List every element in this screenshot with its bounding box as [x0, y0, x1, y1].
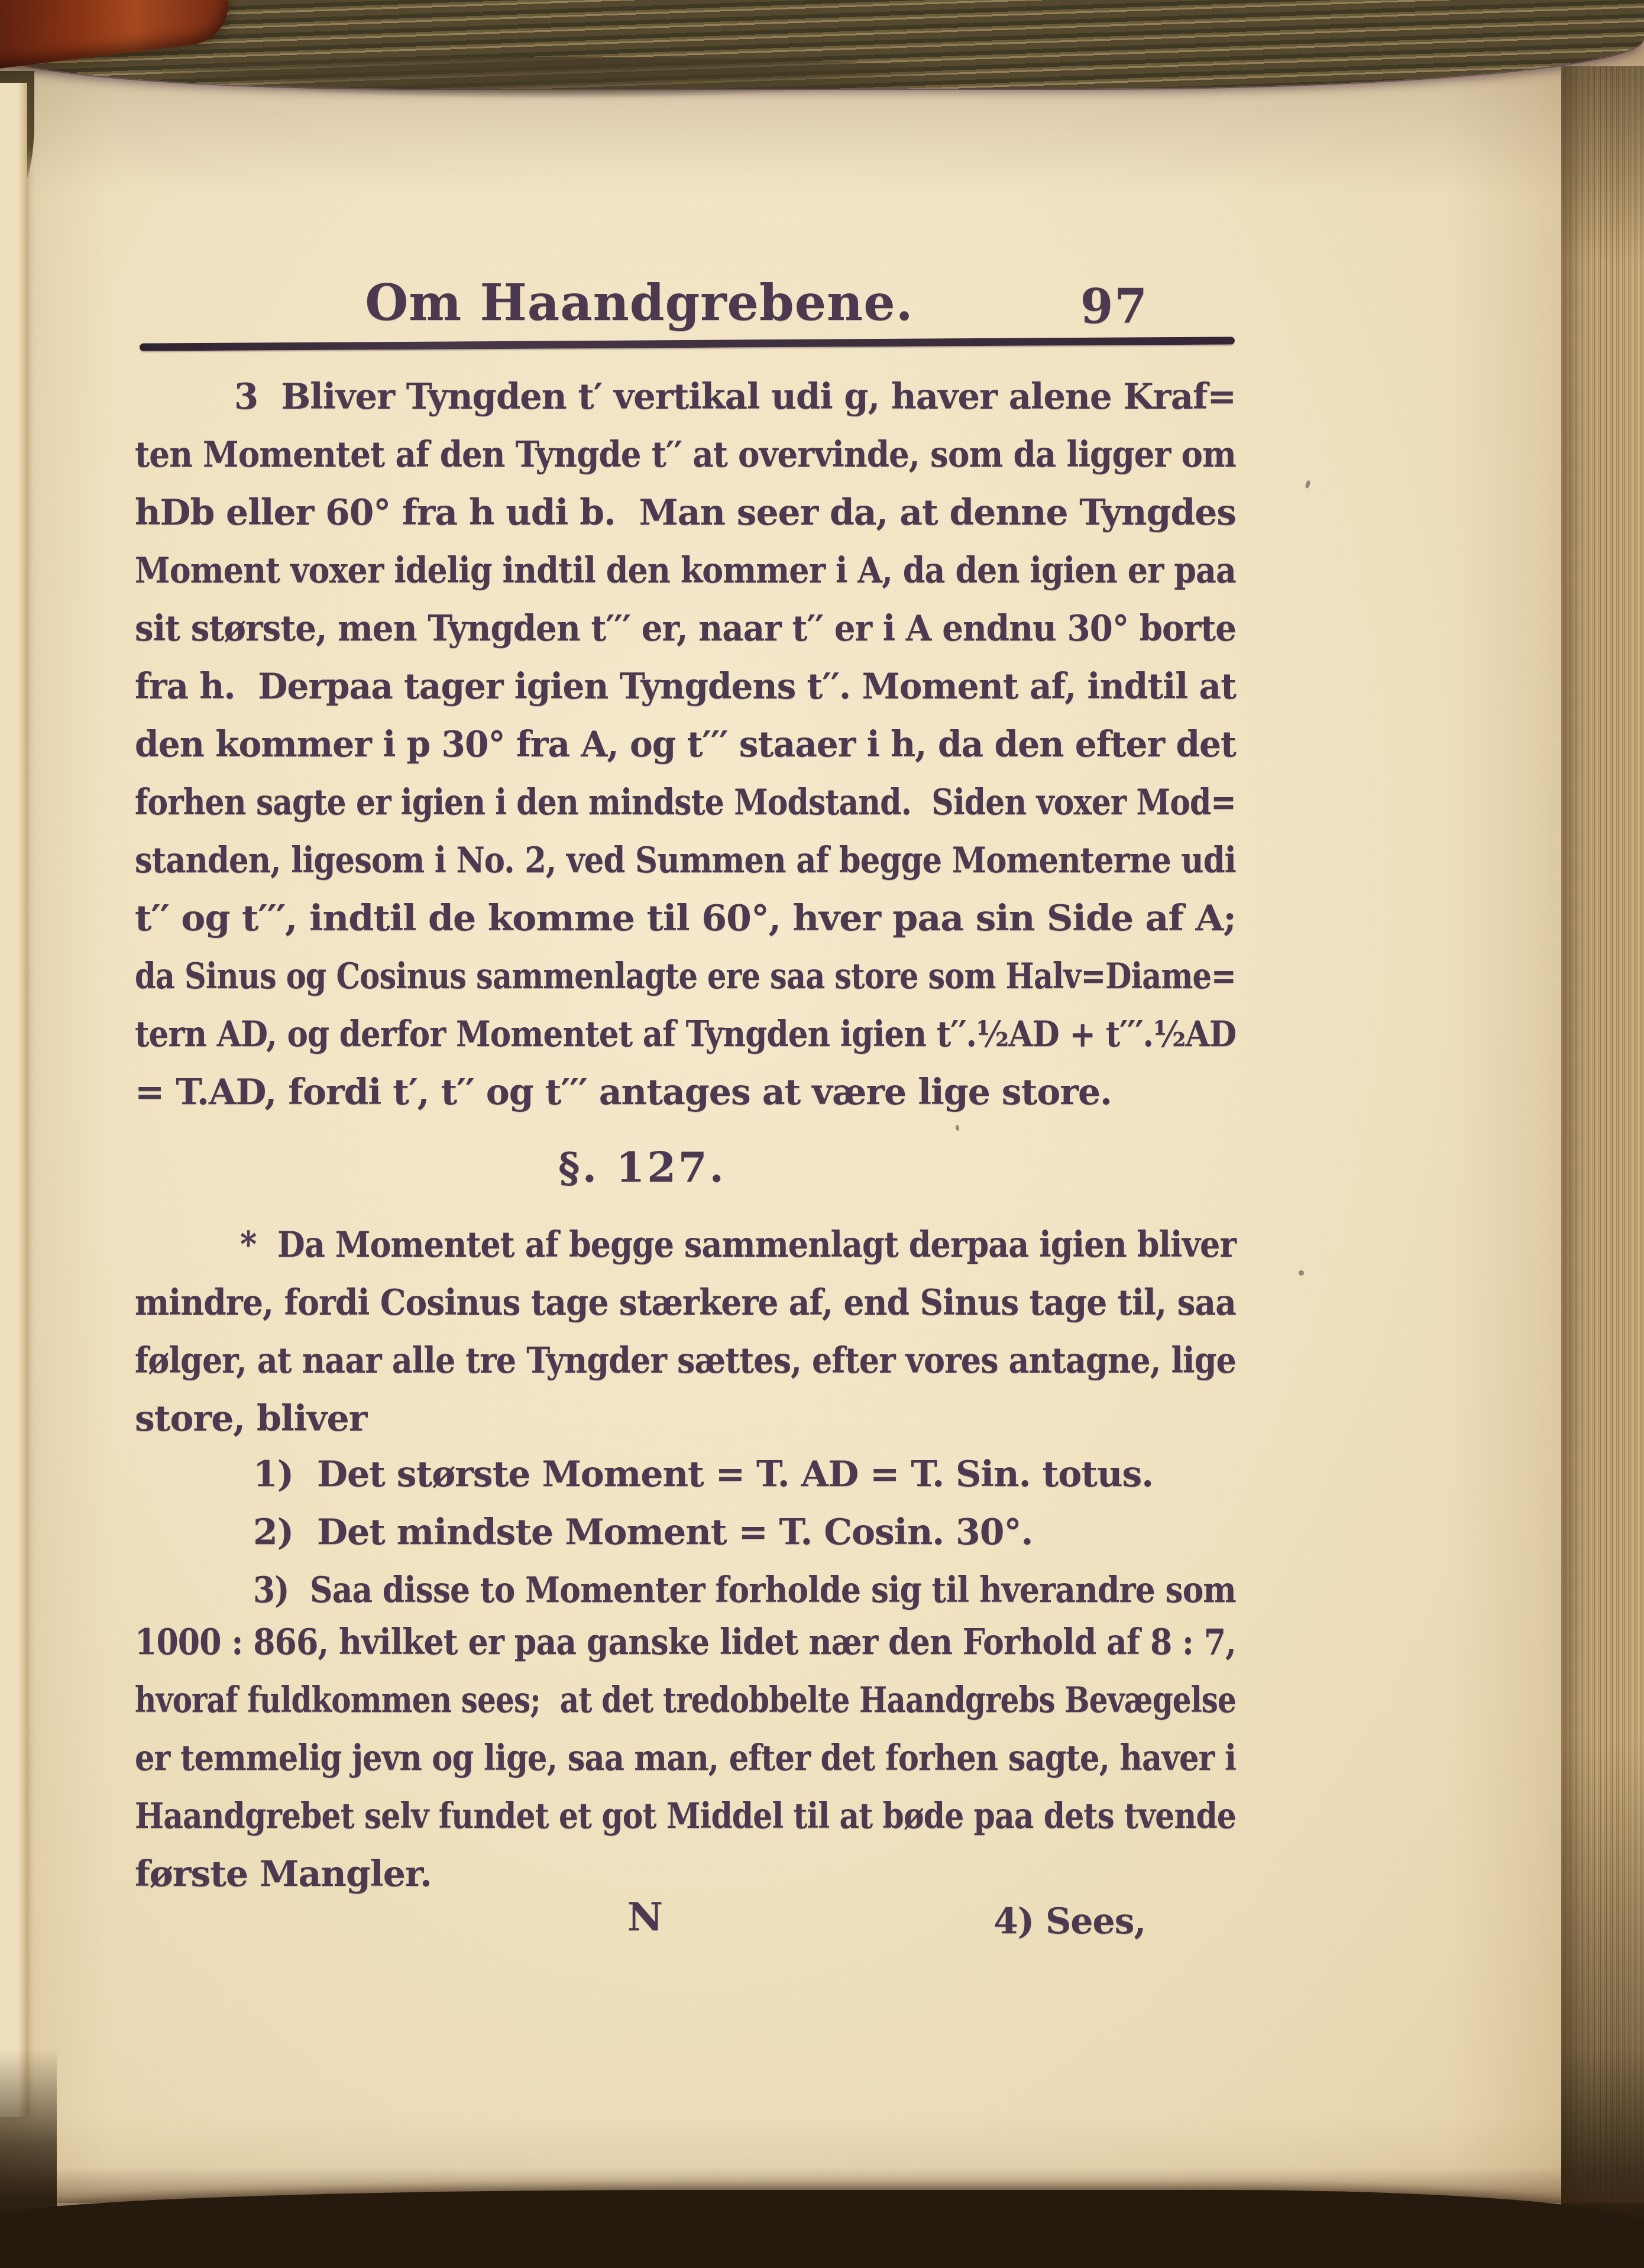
text-line: 1) Det største Moment = T. AD = T. Sin. … [135, 1445, 1236, 1503]
section-heading-text: §. 127. [558, 1140, 726, 1195]
text-line: 2) Det mindste Moment = T. Cosin. 30°. [135, 1503, 1236, 1561]
page-gutter-edge [0, 83, 27, 2117]
text-line: ten Momentet af den Tyngde t′′ at overvi… [135, 426, 1236, 484]
text-line: forhen sagte er igien i den mindste Mods… [135, 774, 1236, 832]
numbered-list: 1) Det største Moment = T. AD = T. Sin. … [135, 1445, 1236, 1619]
text-line: = T.AD, fordi t′, t′′ og t′′′ antages at… [135, 1063, 1236, 1121]
text-line: t′′ og t′′′, indtil de komme til 60°, hv… [135, 889, 1236, 947]
catchword: 4) Sees, [993, 1895, 1145, 1948]
text-line: fra h. Derpaa tager igien Tyngdens t′′. … [135, 658, 1236, 716]
text-line: er temmelig jevn og lige, saa man, efter… [135, 1729, 1236, 1787]
paragraph-1: 3 Bliver Tyngden t′ vertikal udi g, have… [135, 368, 1236, 1121]
paragraph-3: 1000 : 866, hvilket er paa ganske lidet … [135, 1613, 1236, 1903]
section-heading: §. 127. [135, 1140, 1236, 1195]
running-header: Om Haandgrebene. [135, 273, 1236, 332]
page-title: Om Haandgrebene. [365, 273, 914, 332]
text-line: 3 Bliver Tyngden t′ vertikal udi g, have… [135, 368, 1236, 426]
text-line: hvoraf fuldkommen sees; at det tredobbel… [135, 1671, 1236, 1729]
text-line: standen, ligesom i No. 2, ved Summen af … [135, 832, 1236, 889]
text-line: da Sinus og Cosinus sammenlagte ere saa … [135, 947, 1236, 1005]
text-line: store, bliver [135, 1390, 1236, 1448]
text-line: mindre, fordi Cosinus tage stærkere af, … [135, 1274, 1236, 1332]
text-line: sit største, men Tyngden t′′′ er, naar t… [135, 600, 1236, 658]
page-number: 97 [1080, 278, 1148, 335]
text-line: følger, at naar alle tre Tyngder sættes,… [135, 1332, 1236, 1390]
text-line: * Da Momentet af begge sammenlagt derpaa… [135, 1216, 1236, 1274]
signature-mark: N [627, 1890, 663, 1943]
text-line: Moment voxer idelig indtil den kommer i … [135, 542, 1236, 600]
scanned-book-page-photo: Om Haandgrebene. 97 3 Bliver Tyngden t′ … [0, 0, 1644, 2268]
paragraph-2: * Da Momentet af begge sammenlagt derpaa… [135, 1216, 1236, 1448]
text-line: 1000 : 866, hvilket er paa ganske lidet … [135, 1613, 1236, 1671]
book-fore-edge-shadow [1561, 66, 1644, 2268]
text-line: 3) Saa disse to Momenter forholde sig ti… [135, 1561, 1236, 1619]
text-line: tern AD, og derfor Momentet af Tyngden i… [135, 1005, 1236, 1063]
text-line: den kommer i p 30° fra A, og t′′′ staaer… [135, 716, 1236, 774]
book-bottom-left-edge [0, 2049, 57, 2268]
ink-speck [1305, 480, 1311, 488]
text-line: Haandgrebet selv fundet et got Middel ti… [135, 1787, 1236, 1845]
book-page: Om Haandgrebene. 97 3 Bliver Tyngden t′ … [135, 0, 1236, 2268]
text-line: hDb eller 60° fra h udi b. Man seer da, … [135, 484, 1236, 542]
header-rule [140, 337, 1235, 351]
